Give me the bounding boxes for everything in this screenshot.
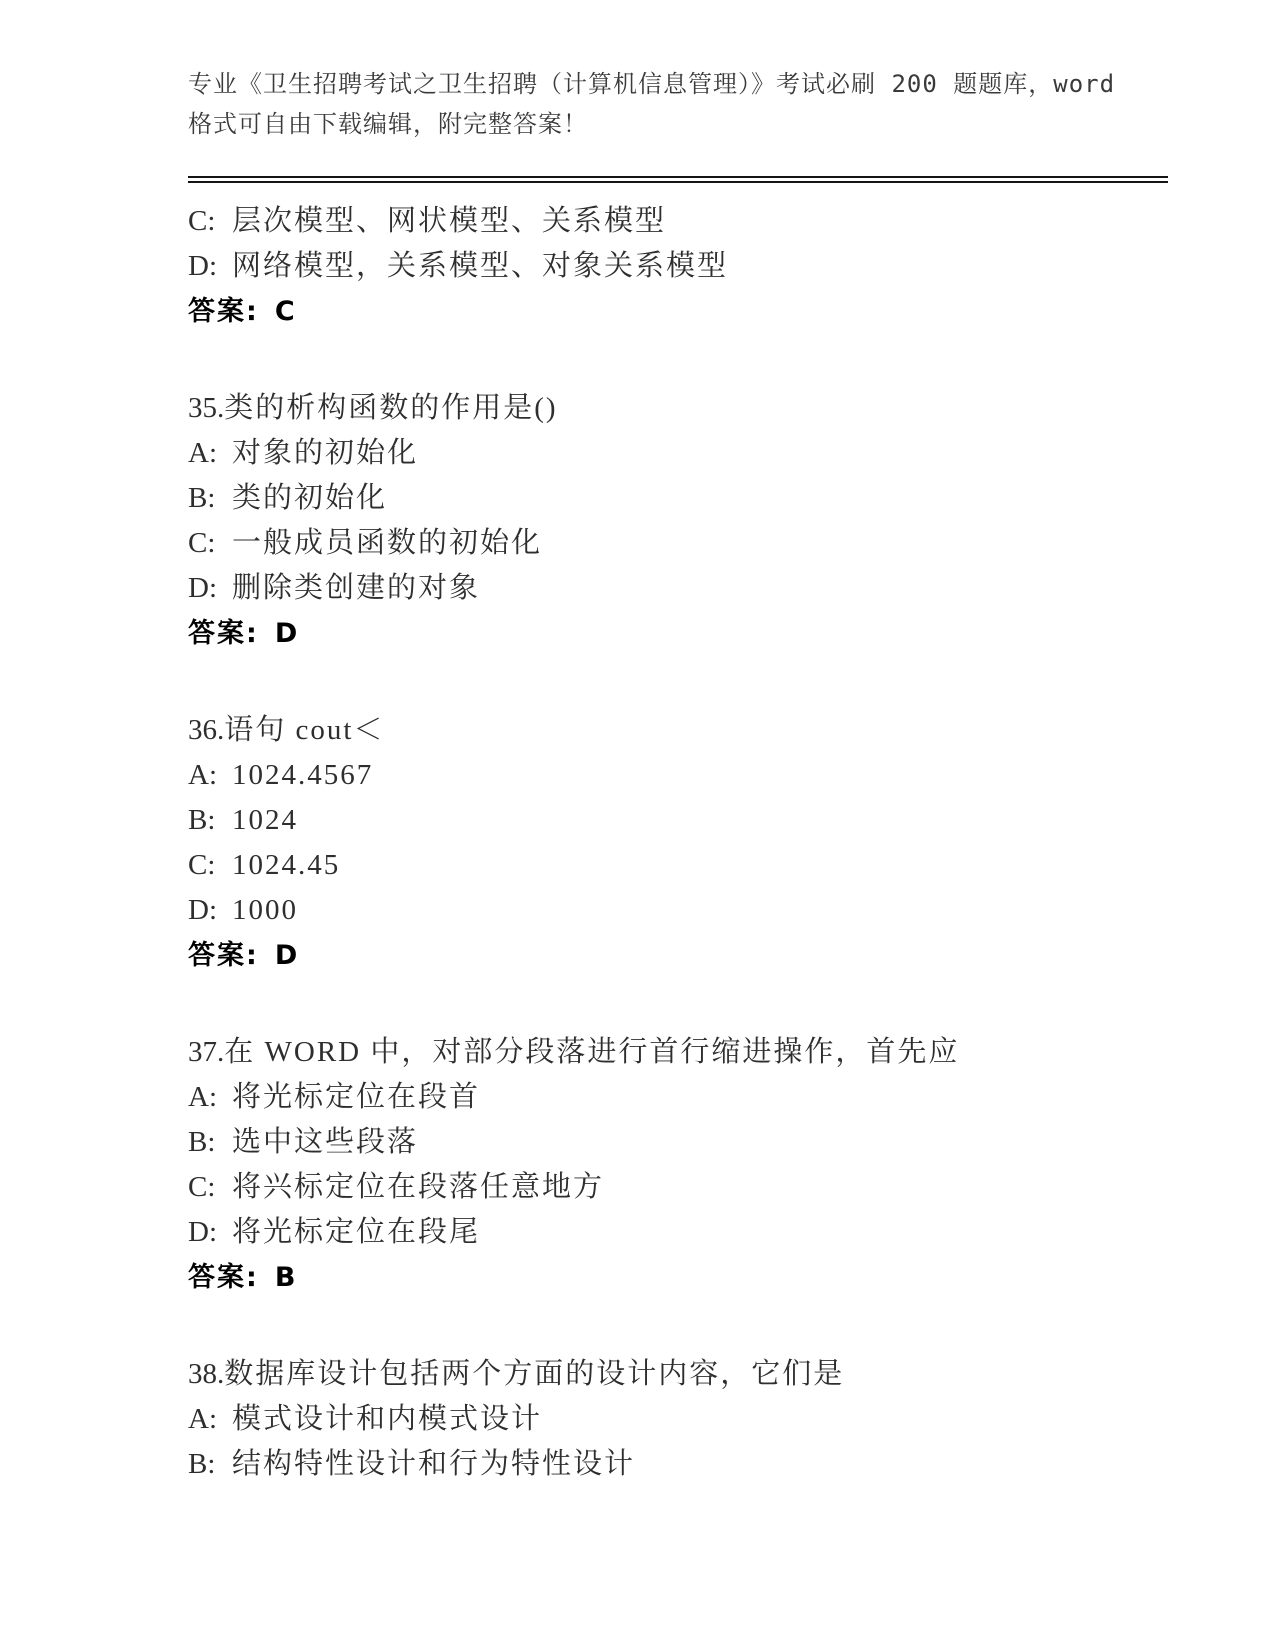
answer-label: 答案: (188, 296, 259, 327)
option-label: A: (188, 1075, 232, 1120)
answer-row: 答案:C (188, 289, 1168, 334)
question-number: 38. (188, 1358, 224, 1390)
answer-row: 答案:B (188, 1255, 1168, 1300)
question-block-37: 37.在 WORD 中，对部分段落进行首行缩进操作，首先应 A:将光标定位在段首… (188, 1030, 1168, 1300)
option-label: A: (188, 753, 232, 798)
option-text: 模式设计和内模式设计 (232, 1403, 542, 1435)
option-text: 选中这些段落 (232, 1126, 418, 1158)
carryover-question-block: C:层次模型、网状模型、关系模型 D:网络模型，关系模型、对象关系模型 答案:C (188, 199, 1168, 334)
option-row: D:将光标定位在段尾 (188, 1210, 1168, 1255)
answer-label: 答案: (188, 618, 259, 649)
option-text: 1000 (232, 894, 298, 926)
answer-label: 答案: (188, 940, 259, 971)
option-row: B:结构特性设计和行为特性设计 (188, 1442, 1168, 1487)
option-text: 层次模型、网状模型、关系模型 (232, 205, 666, 237)
option-text: 删除类创建的对象 (232, 572, 480, 604)
answer-value: D (275, 618, 299, 649)
option-text: 1024 (232, 804, 298, 836)
question-text: 数据库设计包括两个方面的设计内容，它们是 (224, 1358, 844, 1390)
question-block-36: 36.语句 cout＜ A:1024.4567 B:1024 C:1024.45… (188, 708, 1168, 978)
question-number: 37. (188, 1036, 224, 1068)
option-row: A:将光标定位在段首 (188, 1075, 1168, 1120)
option-row: A:1024.4567 (188, 753, 1168, 798)
answer-row: 答案:D (188, 611, 1168, 656)
option-text: 将光标定位在段首 (232, 1081, 480, 1113)
option-row: B:类的初始化 (188, 476, 1168, 521)
option-text: 将兴标定位在段落任意地方 (232, 1171, 604, 1203)
option-text: 对象的初始化 (232, 437, 418, 469)
option-text: 将光标定位在段尾 (232, 1216, 480, 1248)
option-label: A: (188, 431, 232, 476)
option-label: C: (188, 1165, 232, 1210)
option-text: 一般成员函数的初始化 (232, 527, 542, 559)
page-content: 专业《卫生招聘考试之卫生招聘（计算机信息管理）》考试必刷 200 题题库，wor… (188, 0, 1168, 1487)
answer-value: B (275, 1262, 298, 1293)
page-header: 专业《卫生招聘考试之卫生招聘（计算机信息管理）》考试必刷 200 题题库，wor… (188, 0, 1168, 144)
exam-document-page: 专业《卫生招聘考试之卫生招聘（计算机信息管理）》考试必刷 200 题题库，wor… (0, 0, 1275, 1650)
option-text: 类的初始化 (232, 482, 387, 514)
option-label: D: (188, 244, 232, 289)
option-row: C:1024.45 (188, 843, 1168, 888)
option-label: C: (188, 521, 232, 566)
answer-row: 答案:D (188, 933, 1168, 978)
option-label: D: (188, 566, 232, 611)
header-line-1: 专业《卫生招聘考试之卫生招聘（计算机信息管理）》考试必刷 200 题题库，wor… (188, 64, 1168, 104)
option-label: D: (188, 1210, 232, 1255)
option-row: C:一般成员函数的初始化 (188, 521, 1168, 566)
option-label: C: (188, 199, 232, 244)
question-number: 35. (188, 392, 224, 424)
question-row: 38.数据库设计包括两个方面的设计内容，它们是 (188, 1352, 1168, 1397)
option-row: D:1000 (188, 888, 1168, 933)
question-number: 36. (188, 714, 224, 746)
question-text: 语句 cout＜ (224, 714, 384, 746)
option-row: D:网络模型，关系模型、对象关系模型 (188, 244, 1168, 289)
answer-value: C (275, 296, 297, 327)
option-label: B: (188, 1442, 232, 1487)
question-row: 36.语句 cout＜ (188, 708, 1168, 753)
question-text: 类的析构函数的作用是() (224, 392, 557, 424)
option-text: 1024.4567 (232, 759, 373, 791)
option-row: D:删除类创建的对象 (188, 566, 1168, 611)
question-block-38: 38.数据库设计包括两个方面的设计内容，它们是 A:模式设计和内模式设计 B:结… (188, 1352, 1168, 1487)
question-row: 35.类的析构函数的作用是() (188, 386, 1168, 431)
option-text: 1024.45 (232, 849, 340, 881)
option-text: 结构特性设计和行为特性设计 (232, 1448, 635, 1480)
option-row: A:模式设计和内模式设计 (188, 1397, 1168, 1442)
option-label: B: (188, 798, 232, 843)
answer-value: D (275, 940, 299, 971)
option-label: B: (188, 476, 232, 521)
question-row: 37.在 WORD 中，对部分段落进行首行缩进操作，首先应 (188, 1030, 1168, 1075)
question-block-35: 35.类的析构函数的作用是() A:对象的初始化 B:类的初始化 C:一般成员函… (188, 386, 1168, 656)
option-label: B: (188, 1120, 232, 1165)
header-divider (188, 176, 1168, 183)
option-row: C:将兴标定位在段落任意地方 (188, 1165, 1168, 1210)
option-row: C:层次模型、网状模型、关系模型 (188, 199, 1168, 244)
option-text: 网络模型，关系模型、对象关系模型 (232, 250, 728, 282)
option-label: C: (188, 843, 232, 888)
option-row: B:选中这些段落 (188, 1120, 1168, 1165)
option-row: A:对象的初始化 (188, 431, 1168, 476)
option-label: A: (188, 1397, 232, 1442)
question-text: 在 WORD 中，对部分段落进行首行缩进操作，首先应 (224, 1036, 959, 1068)
option-label: D: (188, 888, 232, 933)
option-row: B:1024 (188, 798, 1168, 843)
header-line-2: 格式可自由下载编辑，附完整答案！ (188, 104, 1168, 144)
answer-label: 答案: (188, 1262, 259, 1293)
